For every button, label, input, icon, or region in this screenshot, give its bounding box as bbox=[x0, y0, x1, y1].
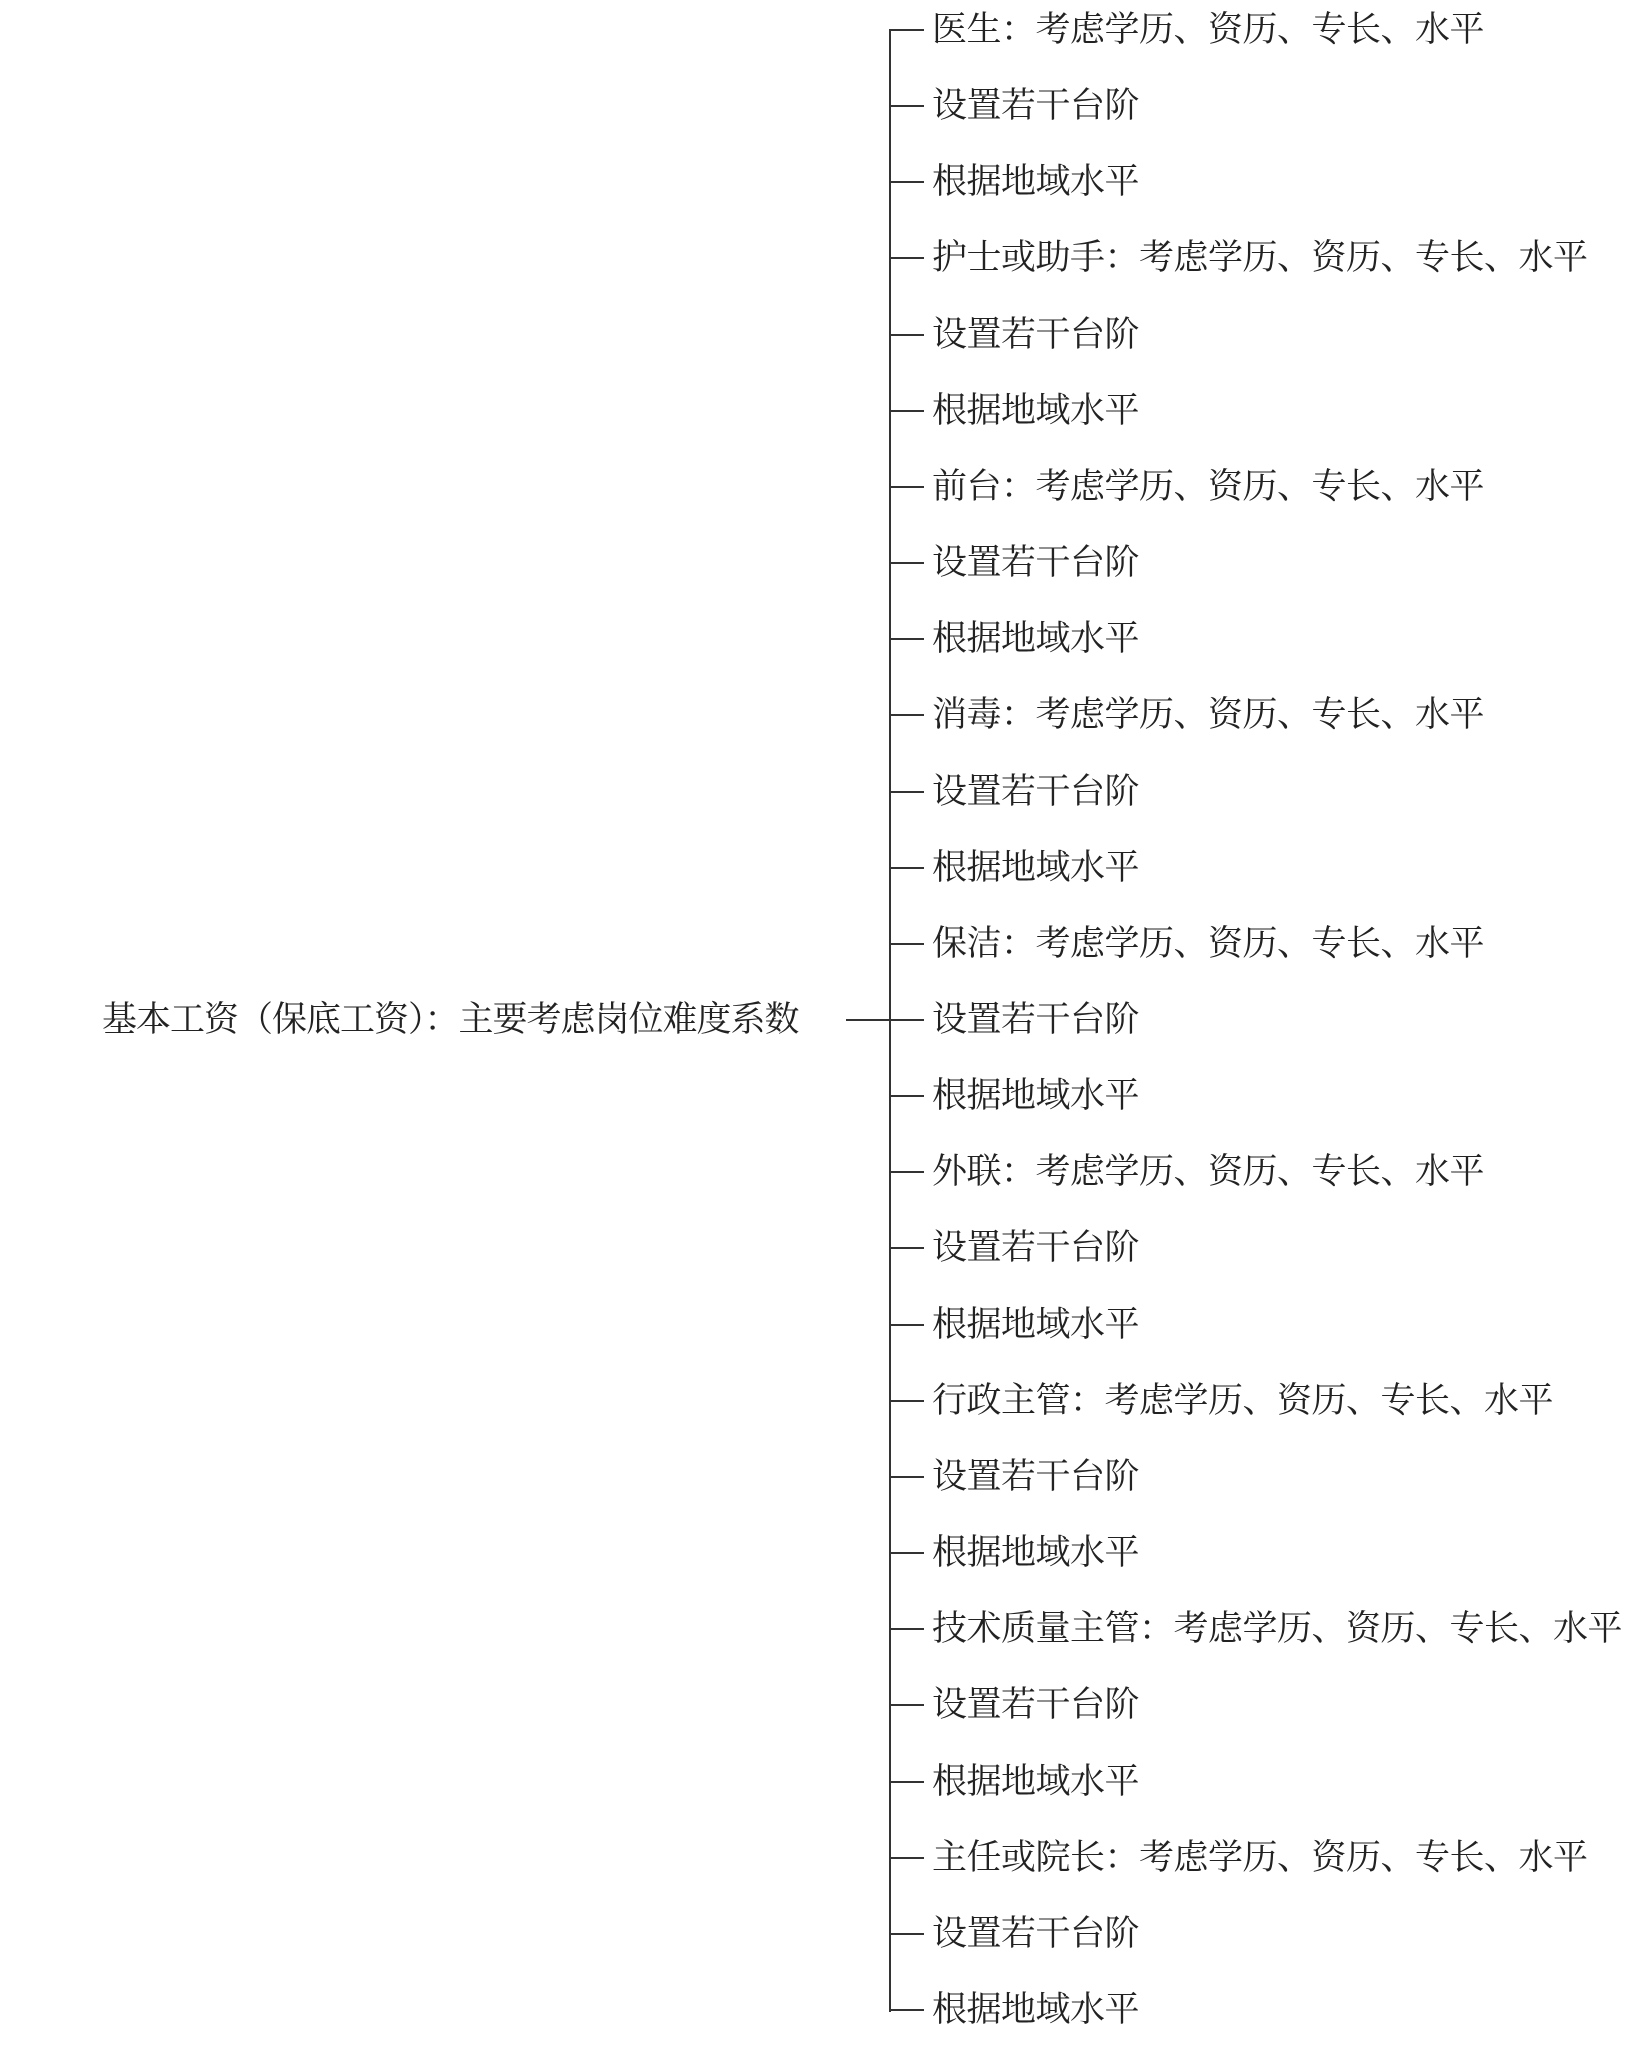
branch-node: 设置若干台阶 bbox=[889, 315, 1139, 355]
branch-line bbox=[889, 1476, 924, 1478]
branch-line bbox=[889, 1171, 924, 1173]
branch-label: 外联：考虑学历、资历、专长、水平 bbox=[932, 1152, 1484, 1192]
branch-node: 护士或助手：考虑学历、资历、专长、水平 bbox=[889, 238, 1588, 278]
branch-node: 设置若干台阶 bbox=[889, 86, 1139, 126]
branch-node: 根据地域水平 bbox=[889, 1990, 1139, 2030]
branch-label: 根据地域水平 bbox=[932, 1305, 1139, 1345]
branch-label: 根据地域水平 bbox=[932, 619, 1139, 659]
branch-line bbox=[889, 1704, 924, 1706]
root-node-label: 基本工资（保底工资）：主要考虑岗位难度系数 bbox=[102, 1000, 799, 1040]
branch-node: 设置若干台阶 bbox=[889, 1685, 1139, 1725]
branch-node: 根据地域水平 bbox=[889, 619, 1139, 659]
branch-line bbox=[889, 867, 924, 869]
branch-label: 根据地域水平 bbox=[932, 848, 1139, 888]
branch-line bbox=[889, 334, 924, 336]
branch-node: 医生：考虑学历、资历、专长、水平 bbox=[889, 10, 1484, 50]
branch-label: 根据地域水平 bbox=[932, 1990, 1139, 2030]
branch-node: 外联：考虑学历、资历、专长、水平 bbox=[889, 1152, 1484, 1192]
branch-node: 设置若干台阶 bbox=[889, 772, 1139, 812]
branch-node: 根据地域水平 bbox=[889, 848, 1139, 888]
branch-label: 设置若干台阶 bbox=[932, 1685, 1139, 1725]
branch-node: 根据地域水平 bbox=[889, 1305, 1139, 1345]
branch-label: 根据地域水平 bbox=[932, 1533, 1139, 1573]
branch-line bbox=[889, 1095, 924, 1097]
branch-line bbox=[889, 105, 924, 107]
branch-node: 根据地域水平 bbox=[889, 162, 1139, 202]
branch-label: 护士或助手：考虑学历、资历、专长、水平 bbox=[932, 238, 1588, 278]
branch-line bbox=[889, 2009, 924, 2011]
branch-label: 设置若干台阶 bbox=[932, 1914, 1139, 1954]
branch-node: 设置若干台阶 bbox=[889, 1914, 1139, 1954]
branch-label: 设置若干台阶 bbox=[932, 1228, 1139, 1268]
branch-label: 设置若干台阶 bbox=[932, 1000, 1139, 1040]
branch-node: 技术质量主管：考虑学历、资历、专长、水平 bbox=[889, 1609, 1622, 1649]
branch-label: 设置若干台阶 bbox=[932, 86, 1139, 126]
branch-node: 设置若干台阶 bbox=[889, 1228, 1139, 1268]
branch-label: 设置若干台阶 bbox=[932, 1457, 1139, 1497]
branch-line bbox=[889, 791, 924, 793]
branch-line bbox=[889, 1324, 924, 1326]
branch-label: 根据地域水平 bbox=[932, 1762, 1139, 1802]
branch-line bbox=[889, 1019, 924, 1021]
branch-label: 根据地域水平 bbox=[932, 391, 1139, 431]
branch-line bbox=[889, 1247, 924, 1249]
branch-line bbox=[889, 714, 924, 716]
branch-line bbox=[889, 1628, 924, 1630]
branch-node: 保洁：考虑学历、资历、专长、水平 bbox=[889, 924, 1484, 964]
root-connector-line bbox=[846, 1019, 890, 1021]
branch-line bbox=[889, 638, 924, 640]
branch-node: 根据地域水平 bbox=[889, 1076, 1139, 1116]
branch-line bbox=[889, 943, 924, 945]
branch-node: 根据地域水平 bbox=[889, 1762, 1139, 1802]
branch-node: 设置若干台阶 bbox=[889, 1457, 1139, 1497]
branch-label: 设置若干台阶 bbox=[932, 543, 1139, 583]
branch-label: 保洁：考虑学历、资历、专长、水平 bbox=[932, 924, 1484, 964]
branch-line bbox=[889, 181, 924, 183]
branch-line bbox=[889, 486, 924, 488]
branch-node: 主任或院长：考虑学历、资历、专长、水平 bbox=[889, 1838, 1588, 1878]
branch-node: 根据地域水平 bbox=[889, 391, 1139, 431]
branch-label: 设置若干台阶 bbox=[932, 315, 1139, 355]
branch-label: 医生：考虑学历、资历、专长、水平 bbox=[932, 10, 1484, 50]
branch-line bbox=[889, 410, 924, 412]
branch-line bbox=[889, 29, 924, 31]
branch-label: 消毒：考虑学历、资历、专长、水平 bbox=[932, 695, 1484, 735]
branch-label: 根据地域水平 bbox=[932, 162, 1139, 202]
branch-node: 消毒：考虑学历、资历、专长、水平 bbox=[889, 695, 1484, 735]
branch-label: 行政主管：考虑学历、资历、专长、水平 bbox=[932, 1381, 1553, 1421]
branch-label: 前台：考虑学历、资历、专长、水平 bbox=[932, 467, 1484, 507]
branch-line bbox=[889, 562, 924, 564]
branch-node: 设置若干台阶 bbox=[889, 1000, 1139, 1040]
branch-line bbox=[889, 1781, 924, 1783]
branch-node: 根据地域水平 bbox=[889, 1533, 1139, 1573]
branch-line bbox=[889, 257, 924, 259]
branch-label: 主任或院长：考虑学历、资历、专长、水平 bbox=[932, 1838, 1588, 1878]
branch-line bbox=[889, 1857, 924, 1859]
branch-line bbox=[889, 1552, 924, 1554]
branch-label: 根据地域水平 bbox=[932, 1076, 1139, 1116]
branch-line bbox=[889, 1400, 924, 1402]
branch-label: 技术质量主管：考虑学历、资历、专长、水平 bbox=[932, 1609, 1622, 1649]
branch-node: 前台：考虑学历、资历、专长、水平 bbox=[889, 467, 1484, 507]
branch-node: 行政主管：考虑学历、资历、专长、水平 bbox=[889, 1381, 1553, 1421]
branch-label: 设置若干台阶 bbox=[932, 772, 1139, 812]
branch-node: 设置若干台阶 bbox=[889, 543, 1139, 583]
branch-line bbox=[889, 1933, 924, 1935]
